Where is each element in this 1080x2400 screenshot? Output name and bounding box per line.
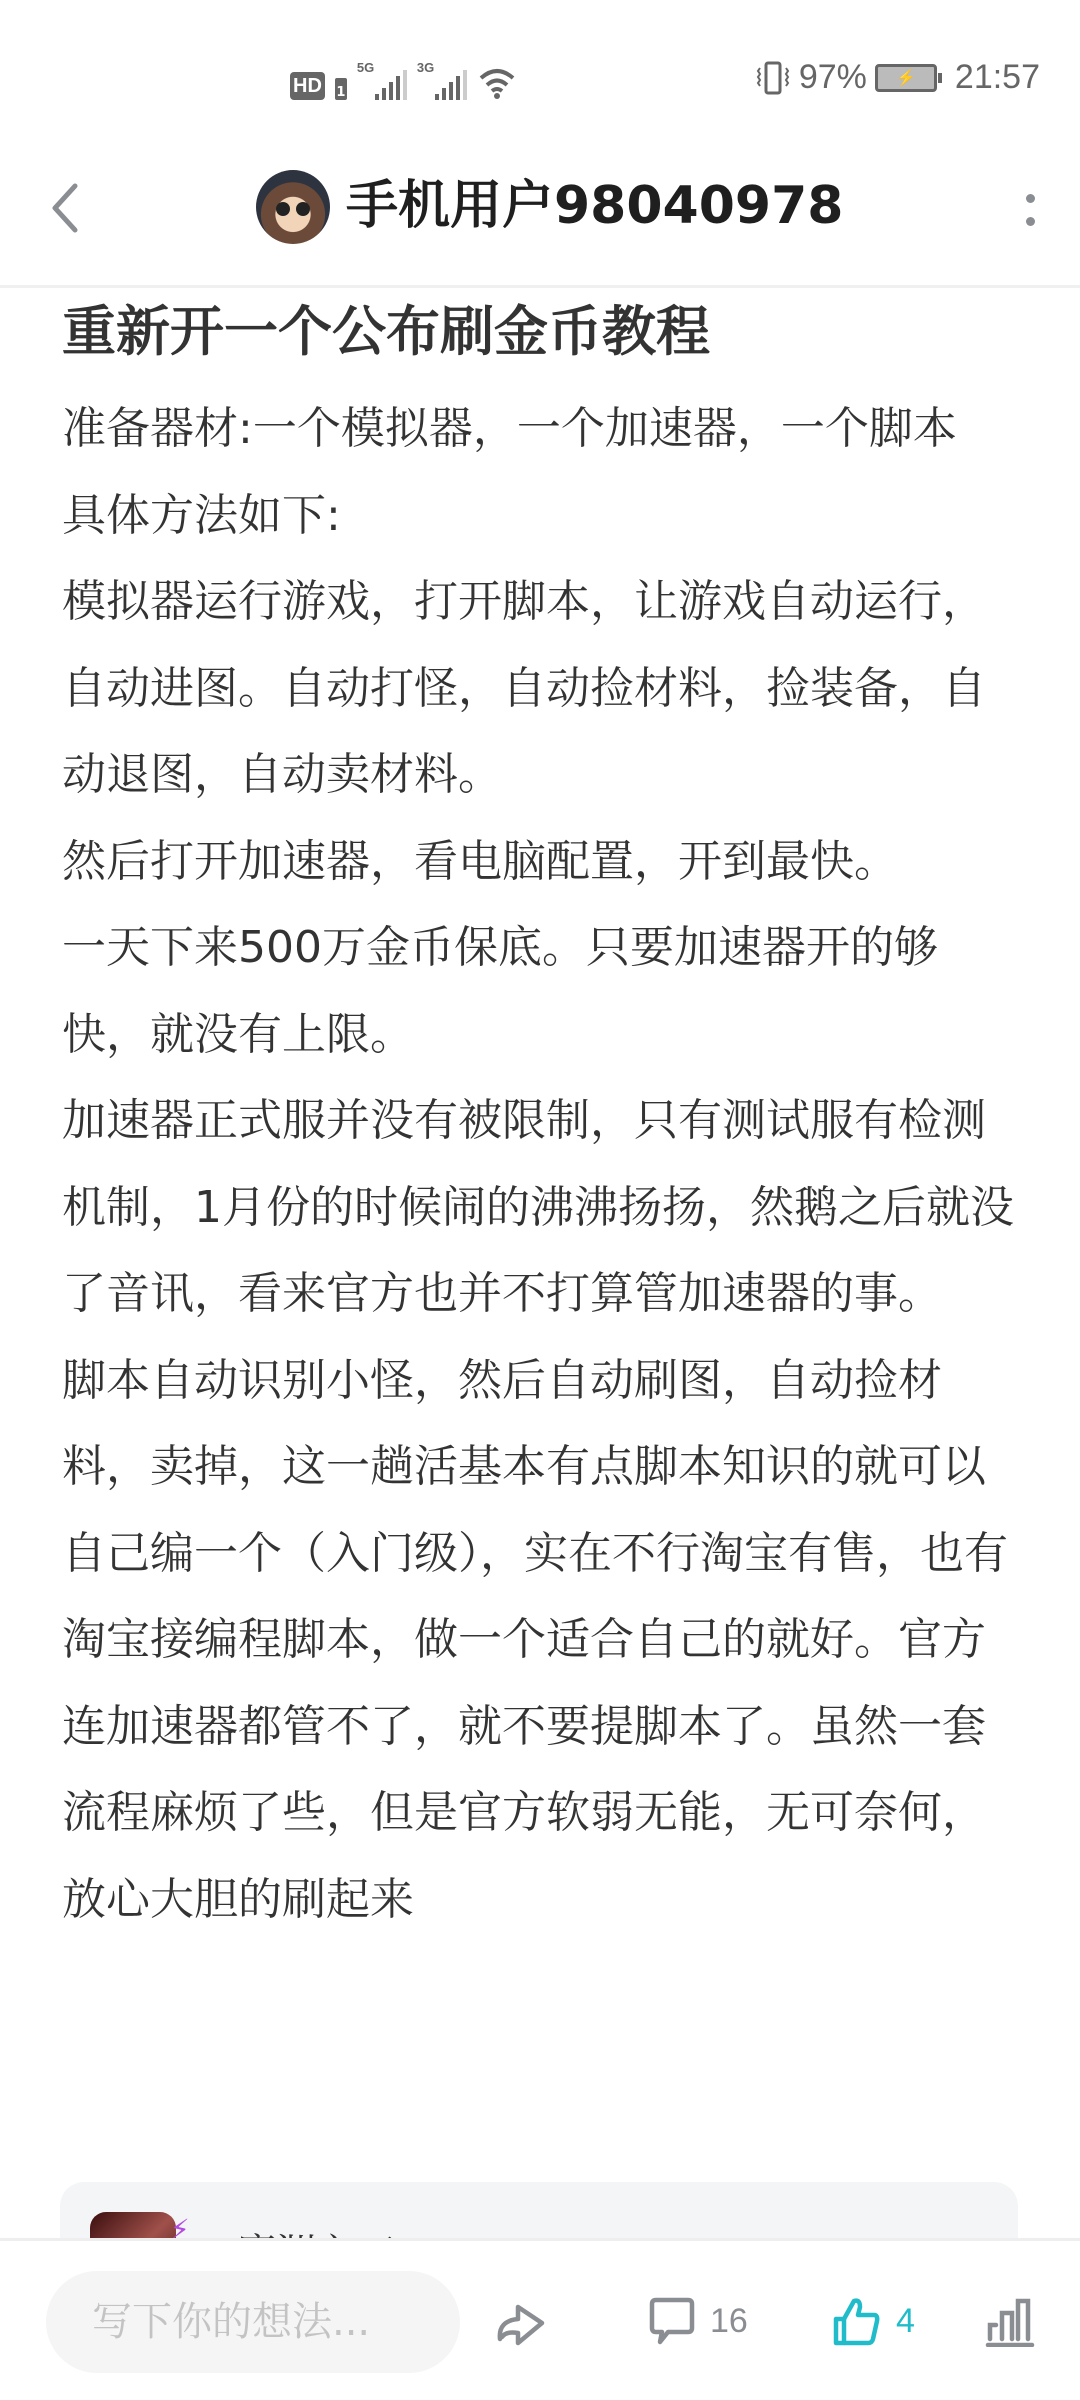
clock: 21:57 bbox=[955, 58, 1040, 97]
network-type-label: 5G bbox=[357, 60, 374, 75]
battery-percent: 97% bbox=[799, 58, 867, 97]
battery-charging-icon: ⚡ bbox=[875, 64, 937, 92]
like-count: 4 bbox=[896, 2302, 915, 2341]
post-paragraph: 一天下来500万金币保底。只要加速器开的够快，就没有上限。 bbox=[62, 905, 1022, 1078]
bottom-action-bar: 16 4 bbox=[0, 2238, 1080, 2400]
stats-button[interactable] bbox=[984, 2289, 1036, 2353]
post-paragraph: 准备器材:一个模拟器，一个加速器，一个脚本 bbox=[62, 386, 1022, 473]
comment-count: 16 bbox=[710, 2302, 748, 2341]
status-bar: HD 1 5G 3G 97% ⚡ 21:57 bbox=[0, 0, 1080, 150]
more-options-button[interactable] bbox=[1010, 180, 1050, 240]
chevron-left-icon bbox=[49, 182, 81, 234]
network-type-label: 3G bbox=[417, 60, 434, 75]
comment-input[interactable] bbox=[46, 2271, 460, 2373]
thumbs-up-icon bbox=[832, 2295, 882, 2347]
share-icon bbox=[492, 2293, 552, 2349]
post-paragraph: 具体方法如下: bbox=[62, 473, 1022, 560]
post-paragraph: 加速器正式服并没有被限制，只有测试服有检测机制，1月份的时候闹的沸沸扬扬，然鹅之… bbox=[62, 1078, 1022, 1338]
post-paragraph: 然后打开加速器，看电脑配置，开到最快。 bbox=[62, 819, 1022, 906]
post-paragraph: 脚本自动识别小怪，然后自动刷图，自动捡材料，卖掉，这一趟活基本有点脚本知识的就可… bbox=[62, 1338, 1022, 1944]
back-button[interactable] bbox=[40, 178, 90, 238]
status-right: 97% ⚡ 21:57 bbox=[755, 58, 1040, 97]
post-paragraph: 模拟器运行游戏，打开脚本，让游戏自动运行，自动进图。自动打怪，自动捡材料，捡装备… bbox=[62, 559, 1022, 819]
post-header: 手机用户98040978 bbox=[0, 150, 1080, 288]
more-vertical-icon bbox=[1026, 194, 1035, 203]
post-body: 准备器材:一个模拟器，一个加速器，一个脚本 具体方法如下: 模拟器运行游戏，打开… bbox=[62, 386, 1022, 1943]
signal-5g-icon: 5G bbox=[357, 64, 407, 100]
bar-chart-icon bbox=[984, 2295, 1036, 2347]
comment-icon bbox=[648, 2296, 696, 2346]
post-content: 重新开一个公布刷金币教程 准备器材:一个模拟器，一个加速器，一个脚本 具体方法如… bbox=[62, 292, 1022, 1943]
hd-volte-icon: HD bbox=[290, 72, 325, 100]
vibrate-icon bbox=[755, 60, 791, 96]
author-avatar[interactable] bbox=[256, 170, 330, 244]
like-button[interactable]: 4 bbox=[832, 2289, 915, 2353]
author-username[interactable]: 手机用户98040978 bbox=[346, 174, 843, 238]
comment-button[interactable]: 16 bbox=[648, 2289, 748, 2353]
status-indicators: HD 1 5G 3G bbox=[290, 60, 517, 100]
post-title: 重新开一个公布刷金币教程 bbox=[62, 292, 1022, 372]
wifi-icon bbox=[477, 64, 517, 100]
signal-3g-icon: 3G bbox=[417, 64, 467, 100]
share-button[interactable] bbox=[492, 2289, 552, 2353]
sim-slot-icon: 1 bbox=[335, 78, 347, 100]
